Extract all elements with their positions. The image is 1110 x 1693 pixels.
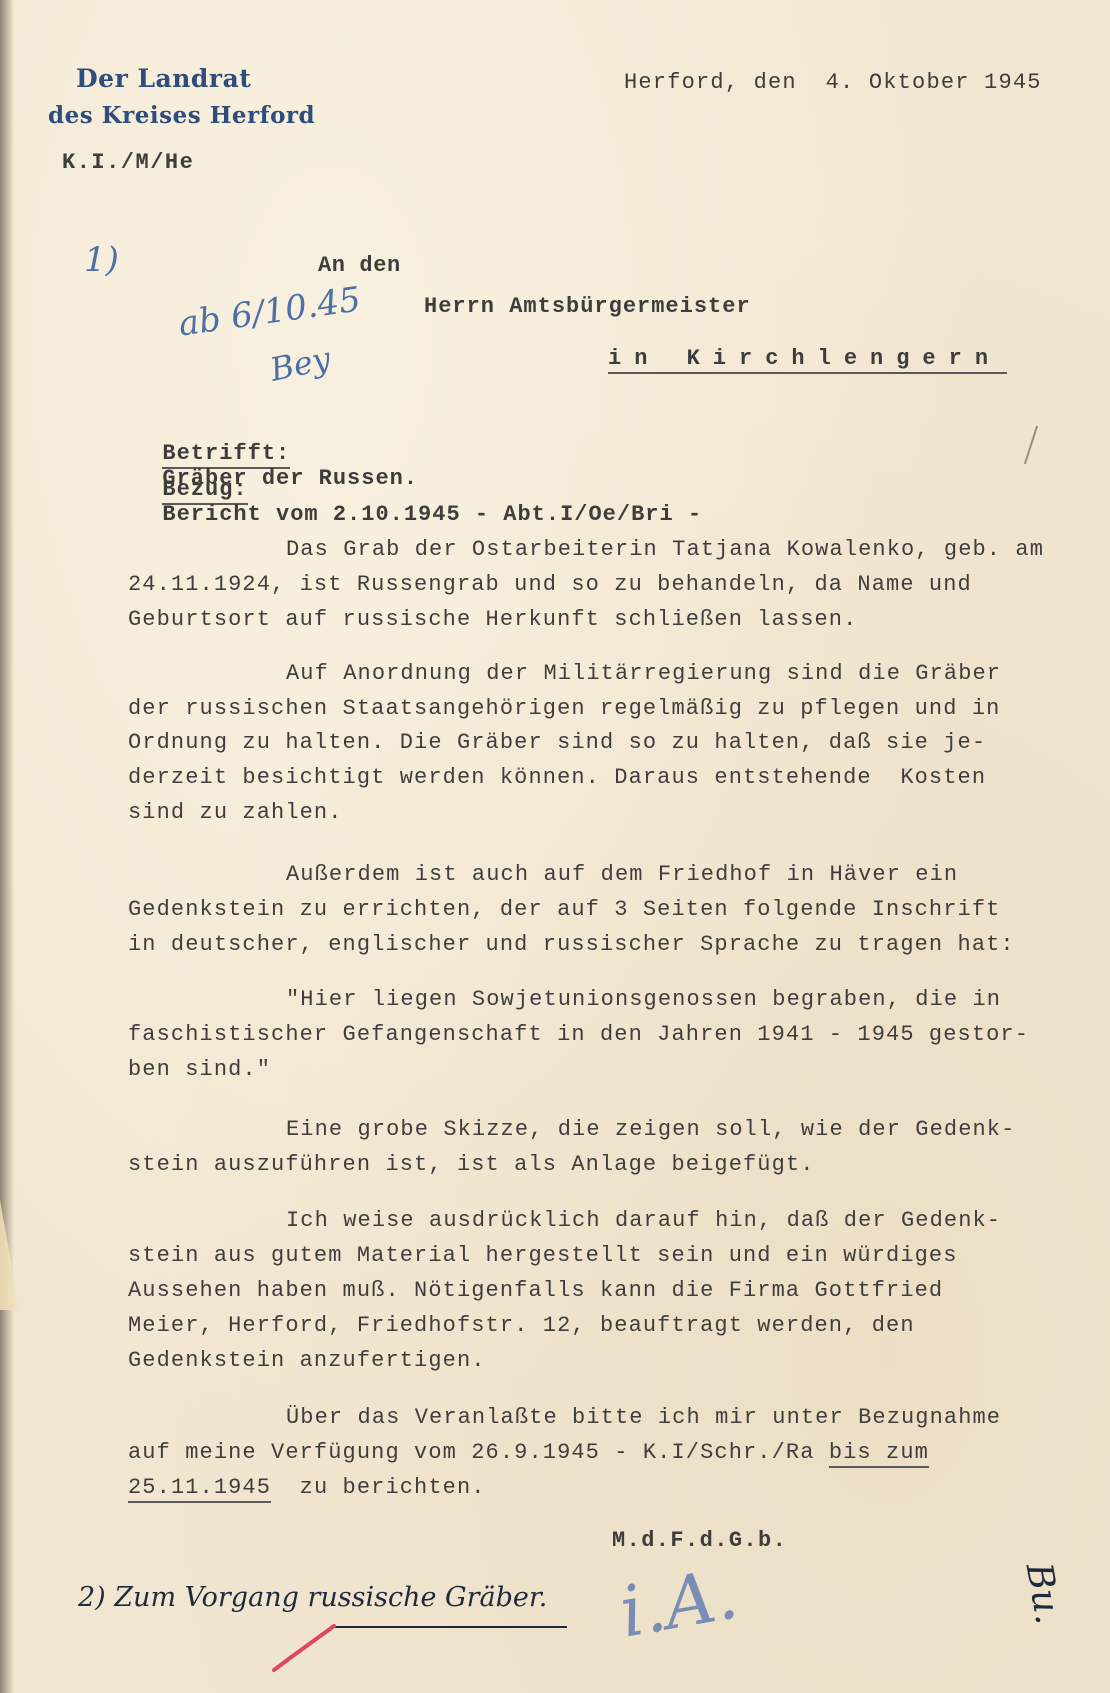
- letterhead-authority: Der Landrat: [76, 64, 251, 93]
- signature-typed: M.d.F.d.G.b.: [612, 1528, 787, 1553]
- recipient-location: in Kirchlengern: [608, 346, 1007, 374]
- body-line-text: in deutscher, englischer und russischer …: [128, 932, 1015, 957]
- body-line-text: der russischen Staatsangehörigen regelmä…: [128, 696, 1000, 721]
- red-check-mark-icon: [270, 1618, 340, 1678]
- body-line-text: Das Grab der Ostarbeiterin Tatjana Kowal…: [286, 537, 1044, 562]
- body-line-text: derzeit besichtigt werden können. Daraus…: [128, 765, 986, 790]
- deadline-underlined-text: 25.11.1945: [128, 1475, 271, 1503]
- body-line-text: auf meine Verfügung vom 26.9.1945 - K.I/…: [128, 1440, 829, 1465]
- body-line: Außerdem ist auch auf dem Friedhof in Hä…: [128, 862, 958, 887]
- body-line-text: faschistischer Gefangenschaft in den Jah…: [128, 1022, 1029, 1047]
- body-line-text: ben sind.": [128, 1057, 271, 1082]
- body-line-text: Über das Veranlaßte bitte ich mir unter …: [286, 1405, 1001, 1430]
- body-line-text: Auf Anordnung der Militärregierung sind …: [286, 661, 1001, 686]
- body-line: Das Grab der Ostarbeiterin Tatjana Kowal…: [128, 537, 1044, 562]
- dateline: Herford, den 4. Oktober 1945: [624, 70, 1042, 95]
- body-line: 24.11.1924, ist Russengrab und so zu beh…: [128, 572, 972, 597]
- body-line: der russischen Staatsangehörigen regelmä…: [128, 696, 1000, 721]
- item-number-mark: 1): [84, 240, 119, 280]
- body-line: ben sind.": [128, 1057, 271, 1082]
- body-line: Über das Veranlaßte bitte ich mir unter …: [128, 1405, 1001, 1430]
- body-line-text: Gedenkstein anzufertigen.: [128, 1348, 486, 1373]
- body-line-text: "Hier liegen Sowjetunionsgenossen begrab…: [286, 987, 1001, 1012]
- reference-text: Bericht vom 2.10.1945 - Abt.I/Oe/Bri -: [162, 502, 702, 527]
- body-line-text: Eine grobe Skizze, die zeigen soll, wie …: [286, 1117, 1015, 1142]
- body-line: sind zu zahlen.: [128, 800, 343, 825]
- body-line-text: Geburtsort auf russische Herkunft schlie…: [128, 607, 857, 632]
- body-line-text: Aussehen haben muß. Nötigenfalls kann di…: [128, 1278, 943, 1303]
- file-reference: K.I./M/He: [62, 150, 194, 175]
- body-line: faschistischer Gefangenschaft in den Jah…: [128, 1022, 1029, 1047]
- body-line-text: zu berichten.: [271, 1475, 486, 1500]
- body-line: Gedenkstein zu errichten, der auf 3 Seit…: [128, 897, 1000, 922]
- body-line: "Hier liegen Sowjetunionsgenossen begrab…: [128, 987, 1001, 1012]
- body-line: stein aus gutem Material hergestellt sei…: [128, 1243, 958, 1268]
- body-line: derzeit besichtigt werden können. Daraus…: [128, 765, 986, 790]
- body-line-text: Ich weise ausdrücklich darauf hin, daß d…: [286, 1208, 1001, 1233]
- body-line: Ich weise ausdrücklich darauf hin, daß d…: [128, 1208, 1001, 1233]
- body-line: Geburtsort auf russische Herkunft schlie…: [128, 607, 857, 632]
- binding-edge-shadow: [0, 0, 14, 1693]
- deadline-underlined-text: bis zum: [829, 1440, 929, 1468]
- recipient-salutation: An den: [318, 253, 401, 278]
- body-line: stein auszuführen ist, ist als Anlage be…: [128, 1152, 815, 1177]
- body-line: Auf Anordnung der Militärregierung sind …: [128, 661, 1001, 686]
- recipient-title: Herrn Amtsbürgermeister: [424, 294, 751, 319]
- body-line-text: 24.11.1924, ist Russengrab und so zu beh…: [128, 572, 972, 597]
- body-line-text: Außerdem ist auch auf dem Friedhof in Hä…: [286, 862, 958, 887]
- body-line: Meier, Herford, Friedhofstr. 12, beauftr…: [128, 1313, 915, 1338]
- handwritten-annotation: 2) Zum Vorgang russische Gräber.: [78, 1582, 547, 1613]
- body-line: Aussehen haben muß. Nötigenfalls kann di…: [128, 1278, 943, 1303]
- body-line-text: stein aus gutem Material hergestellt sei…: [128, 1243, 958, 1268]
- body-line: auf meine Verfügung vom 26.9.1945 - K.I/…: [128, 1440, 929, 1465]
- body-line: Gedenkstein anzufertigen.: [128, 1348, 486, 1373]
- body-line-text: Meier, Herford, Friedhofstr. 12, beauftr…: [128, 1313, 915, 1338]
- reference-line: Bezug: Bericht vom 2.10.1945 - Abt.I/Oe/…: [134, 452, 702, 527]
- body-line: Eine grobe Skizze, die zeigen soll, wie …: [128, 1117, 1015, 1142]
- letterhead-district: des Kreises Herford: [48, 102, 315, 129]
- body-line: 25.11.1945 zu berichten.: [128, 1475, 486, 1500]
- body-line: in deutscher, englischer und russischer …: [128, 932, 1015, 957]
- body-line-text: stein auszuführen ist, ist als Anlage be…: [128, 1152, 815, 1177]
- body-line: Ordnung zu halten. Die Gräber sind so zu…: [128, 730, 986, 755]
- body-line-text: Gedenkstein zu errichten, der auf 3 Seit…: [128, 897, 1000, 922]
- annotation-underline: [335, 1626, 567, 1628]
- reference-label: Bezug:: [162, 477, 247, 505]
- body-line-text: Ordnung zu halten. Die Gräber sind so zu…: [128, 730, 986, 755]
- body-line-text: sind zu zahlen.: [128, 800, 343, 825]
